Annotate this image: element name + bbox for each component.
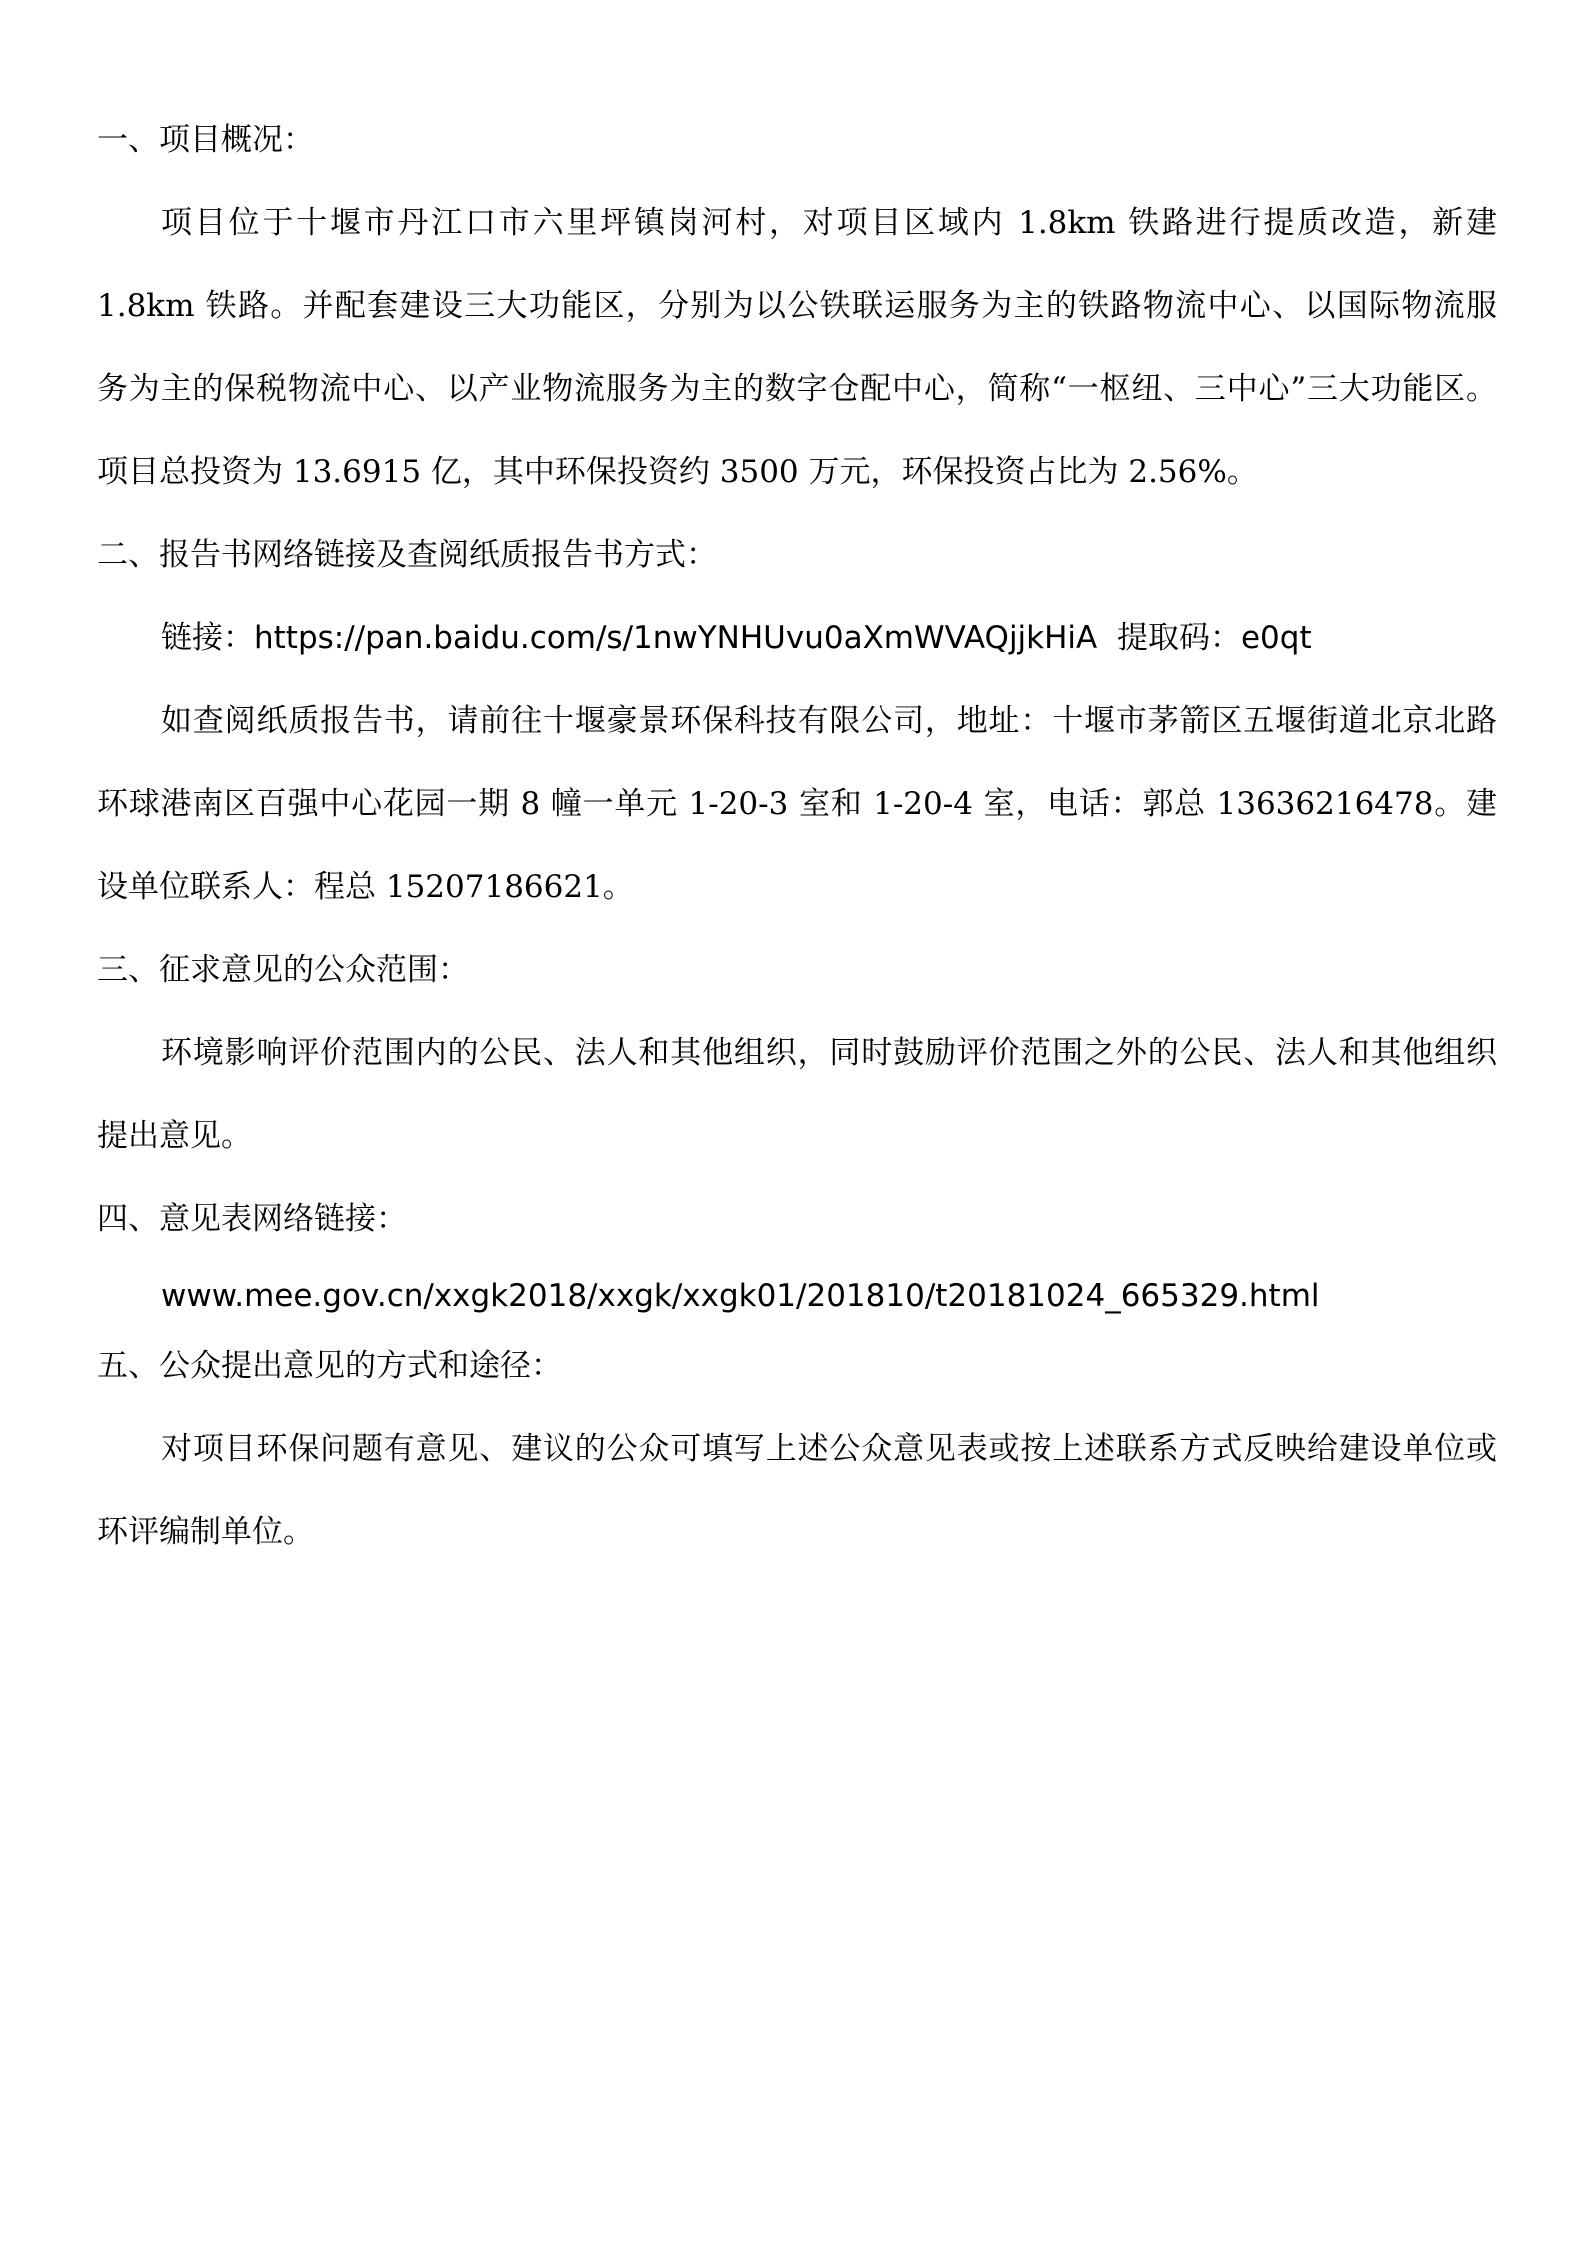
paragraph-line: 环境影响评价范围内的公民、法人和其他组织，同时鼓励评价范围之外的公民、法人和其他… bbox=[161, 1033, 1497, 1073]
paragraph-line: 务为主的保税物流中心、以产业物流服务为主的数字仓配中心，简称“一枢纽、三中心”三… bbox=[97, 369, 1497, 409]
section-heading-4: 四、意见表网络链接： bbox=[97, 1199, 407, 1239]
extraction-code-value: e0qt bbox=[1241, 620, 1312, 656]
section-heading-3: 三、征求意见的公众范围： bbox=[97, 950, 469, 990]
paragraph-line: 设单位联系人：程总 15207186621。 bbox=[97, 867, 634, 907]
paragraph-line: 对项目环保问题有意见、建议的公众可填写上述公众意见表或按上述联系方式反映给建设单… bbox=[161, 1429, 1497, 1469]
paragraph-line: 环评编制单位。 bbox=[97, 1512, 314, 1552]
paragraph-line: 项目位于十堰市丹江口市六里坪镇岗河村，对项目区域内 1.8km 铁路进行提质改造… bbox=[161, 203, 1497, 243]
paragraph-line: 项目总投资为 13.6915 亿，其中环保投资约 3500 万元，环保投资占比为… bbox=[97, 452, 1258, 492]
section-heading-5: 五、公众提出意见的方式和途径： bbox=[97, 1346, 562, 1386]
report-link-line: 链接：https://pan.baidu.com/s/1nwYNHUvu0aXm… bbox=[161, 618, 1312, 658]
paragraph-line: 环球港南区百强中心花园一期 8 幢一单元 1-20-3 室和 1-20-4 室，… bbox=[97, 784, 1497, 824]
opinion-form-link[interactable]: www.mee.gov.cn/xxgk2018/xxgk/xxgk01/2018… bbox=[161, 1276, 1320, 1316]
report-download-link[interactable]: https://pan.baidu.com/s/1nwYNHUvu0aXmWVA… bbox=[254, 620, 1097, 656]
link-label: 链接： bbox=[161, 620, 254, 656]
section-heading-2: 二、报告书网络链接及查阅纸质报告书方式： bbox=[97, 535, 717, 575]
extraction-code-label: 提取码： bbox=[1117, 620, 1241, 656]
section-heading-1: 一、项目概况： bbox=[97, 120, 314, 160]
paragraph-line: 如查阅纸质报告书，请前往十堰豪景环保科技有限公司，地址：十堰市茅箭区五堰街道北京… bbox=[161, 701, 1497, 741]
paragraph-line: 提出意见。 bbox=[97, 1116, 252, 1156]
paragraph-line: 1.8km 铁路。并配套建设三大功能区，分别为以公铁联运服务为主的铁路物流中心、… bbox=[97, 286, 1497, 326]
